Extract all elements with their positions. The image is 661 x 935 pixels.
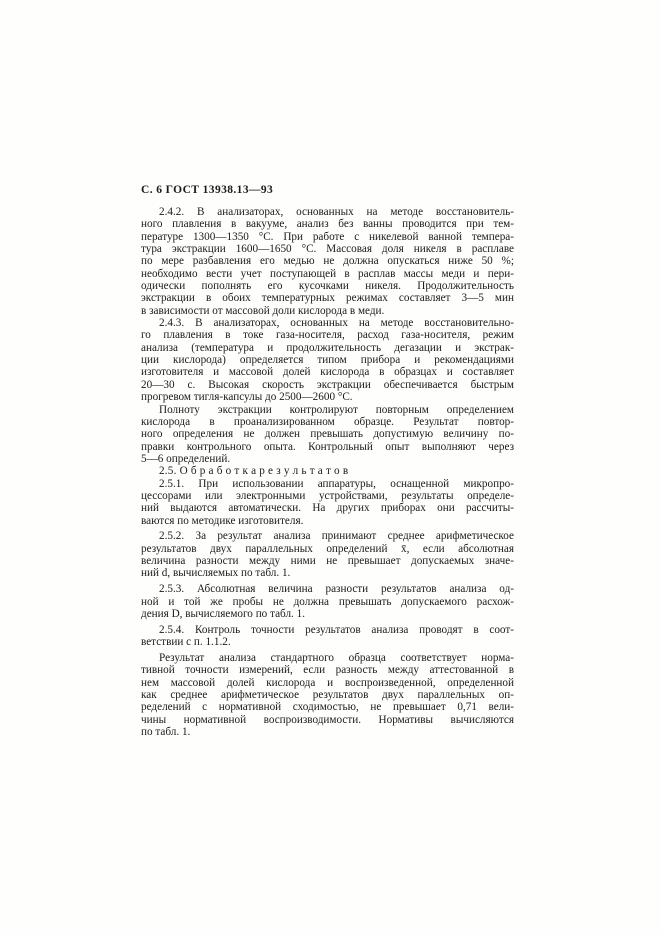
para-standard-sample: Результат анализа стандартного образца с… [141,652,514,738]
page-header: С. 6 ГОСТ 13938.13—93 [141,184,273,196]
text-line: анализа (температура и продолжительность… [141,342,514,354]
text-line: по табл. 1. [141,726,514,738]
text-line: величина разности между ними не превышае… [141,555,514,567]
text-line: чины нормативной воспроизводимости. Норм… [141,714,514,726]
text-line: ний d, вычисляемых по табл. 1. [141,567,514,579]
text-line: ваются по методике изготовителя. [141,515,514,527]
heading-2-5: 2.5. О б р а б о т к а р е з у л ь т а т… [141,465,514,477]
text-line: Полноту экстракции контролируют повторны… [141,404,514,416]
para-2-5-4: 2.5.4. Контроль точности результатов ана… [141,624,514,649]
text-line: ределений с нормативной сходимостью, не … [141,701,514,713]
text-line: экстракции в обоих температурных режимах… [141,292,514,304]
text-line: 2.5.1. При использовании аппаратуры, осн… [141,478,514,490]
text-line: ной и той же пробы не должна превышать д… [141,596,514,608]
text-line: тивной точности измерений, если разность… [141,664,514,676]
text-line: Результат анализа стандартного образца с… [141,652,514,664]
text-line: правки контрольного опыта. Контрольный о… [141,441,514,453]
text-line: в зависимости от массовой доли кислорода… [141,305,514,317]
text-line: 5—6 определений. [141,453,514,465]
text-line: дения D, вычисляемого по табл. 1. [141,608,514,620]
text-line: 2.5.4. Контроль точности результатов ана… [141,624,514,636]
text-line: пературе 1300—1350 °С. При работе с нике… [141,231,514,243]
para-2-4-3: 2.4.3. В анализаторах, основанных на мет… [141,317,514,403]
text-line: 20—30 с. Высокая скорость экстракции обе… [141,379,514,391]
text-line: нем массовой долей кислорода и воспроизв… [141,677,514,689]
text-line: результатов двух параллельных определени… [141,543,514,555]
text-line: 2.4.3. В анализаторах, основанных на мет… [141,317,514,329]
text-line: 2.5.2. За результат анализа принимают ср… [141,530,514,542]
text-line: 2.4.2. В анализаторах, основанных на мет… [141,206,514,218]
text-line: цессорами или электронными устройствами,… [141,490,514,502]
text-line: ного плавления в вакууме, анализ без ван… [141,218,514,230]
text-line: ного определения не должен превышать доп… [141,428,514,440]
para-2-4-2: 2.4.2. В анализаторах, основанных на мет… [141,206,514,317]
text-line: 2.5.3. Абсолютная величина разности резу… [141,583,514,595]
text-line: 2.5. О б р а б о т к а р е з у л ь т а т… [141,465,514,477]
text-line: по мере разбавления его медью не должна … [141,255,514,267]
para-2-5-2: 2.5.2. За результат анализа принимают ср… [141,530,514,579]
text-line: одически пополнять его кусочками никеля.… [141,280,514,292]
text-line: го плавления в токе газа-носителя, расхо… [141,329,514,341]
document-body: 2.4.2. В анализаторах, основанных на мет… [141,206,514,738]
text-line: как среднее арифметическое результатов д… [141,689,514,701]
text-line: ветствии с п. 1.1.2. [141,636,514,648]
para-2-5-3: 2.5.3. Абсолютная величина разности резу… [141,583,514,620]
text-line: ции кислорода) определяется типом прибор… [141,354,514,366]
para-extraction-control: Полноту экстракции контролируют повторны… [141,404,514,466]
text-line: кислорода в проанализированном образце. … [141,416,514,428]
text-line: тура экстракции 1600—1650 °С. Массовая д… [141,243,514,255]
document-page: С. 6 ГОСТ 13938.13—93 2.4.2. В анализато… [0,0,661,935]
text-line: необходимо вести учет поступающей в расп… [141,268,514,280]
para-2-5-1: 2.5.1. При использовании аппаратуры, осн… [141,478,514,527]
text-line: ний выдаются автоматически. На других пр… [141,502,514,514]
text-line: изготовителя и массовой долей кислорода … [141,366,514,378]
text-line: прогревом тигля-капсулы до 2500—2600 °С. [141,391,514,403]
